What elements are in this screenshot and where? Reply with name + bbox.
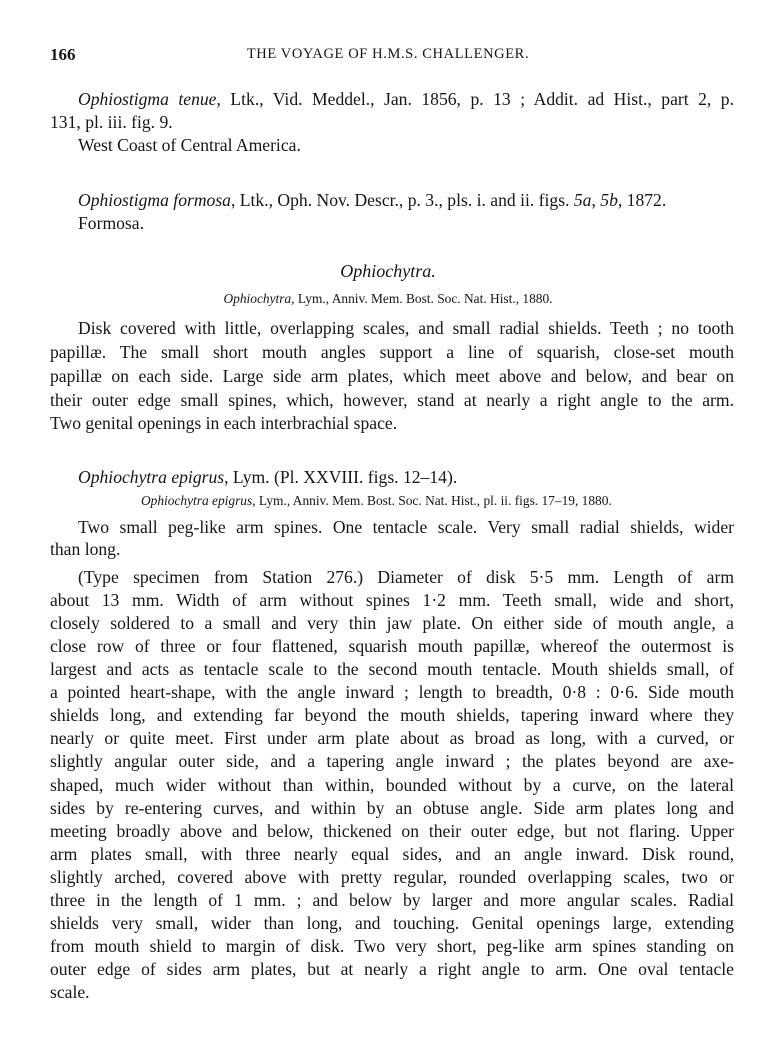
genus-description-line: Disk covered with little, overlapping sc… <box>78 317 734 339</box>
genus-description-line: Two genital openings in each interbrachi… <box>50 412 397 434</box>
species-description-line: close row of three or four flattened, sq… <box>50 635 734 657</box>
species-summary-line: Two small peg-like arm spines. One tenta… <box>78 516 734 538</box>
species-description-line: (Type specimen from Station 276.) Diamet… <box>78 566 734 588</box>
species-description-line: shaped, much wider without than within, … <box>50 774 734 796</box>
formosa-species-name: Ophiostigma formosa <box>78 190 231 210</box>
species-description-line: shields very small, wider than long, and… <box>50 912 734 934</box>
species-description-line: sides by re-entering curves, and within … <box>50 797 734 819</box>
species-description-line: three in the length of 1 mm. ; and below… <box>50 889 734 911</box>
genus-citation: Ophiochytra, Lym., Anniv. Mem. Bost. Soc… <box>0 288 776 310</box>
tenue-locality: West Coast of Central America. <box>78 134 301 156</box>
species-description-line: closely soldered to a small and very thi… <box>50 612 734 634</box>
genus-title: Ophiochytra. <box>0 260 776 282</box>
species-description-line: meeting broadly above and below, thicken… <box>50 820 734 842</box>
species-description-line: arm plates small, with three nearly equa… <box>50 843 734 865</box>
species-description-line: slightly arched, covered above with pret… <box>50 866 734 888</box>
species-description-line: from mouth shield to margin of disk. Two… <box>50 935 734 957</box>
species-description-line: nearly or quite meet. First under arm pl… <box>50 727 734 749</box>
species-description-line: a pointed heart-shape, with the angle in… <box>50 681 734 703</box>
species-description-line: scale. <box>50 981 90 1003</box>
tenue-species-name: Ophiostigma tenue <box>78 89 217 109</box>
genus-description-line: papillæ. The small short mouth angles su… <box>50 341 734 363</box>
species-citation: Ophiochytra epigrus, Lym., Anniv. Mem. B… <box>141 490 612 512</box>
formosa-reference: Ophiostigma formosa, Ltk., Oph. Nov. Des… <box>78 189 666 211</box>
species-heading: Ophiochytra epigrus, Lym. (Pl. XXVIII. f… <box>78 466 457 488</box>
species-description-line: slightly angular outer side, and a taper… <box>50 750 734 772</box>
species-description-line: shields long, and extending far beyond t… <box>50 704 734 726</box>
species-description-line: about 13 mm. Width of arm without spines… <box>50 589 734 611</box>
species-description-line: largest and acts as tentacle scale to th… <box>50 658 734 680</box>
genus-description-line: papillæ on each side. Large side arm pla… <box>50 365 734 387</box>
formosa-locality: Formosa. <box>78 212 144 234</box>
species-name: Ophiochytra epigrus <box>78 467 224 487</box>
tenue-reference-line-1: Ophiostigma tenue, Ltk., Vid. Meddel., J… <box>78 88 734 110</box>
genus-description-line: their outer edge small spines, which, ho… <box>50 389 734 411</box>
running-title: THE VOYAGE OF H.M.S. CHALLENGER. <box>0 46 776 63</box>
species-summary-line: than long. <box>50 538 120 560</box>
tenue-reference-line-2: 131, pl. iii. fig. 9. <box>50 111 173 133</box>
species-description-line: outer edge of sides arm plates, but at n… <box>50 958 734 980</box>
